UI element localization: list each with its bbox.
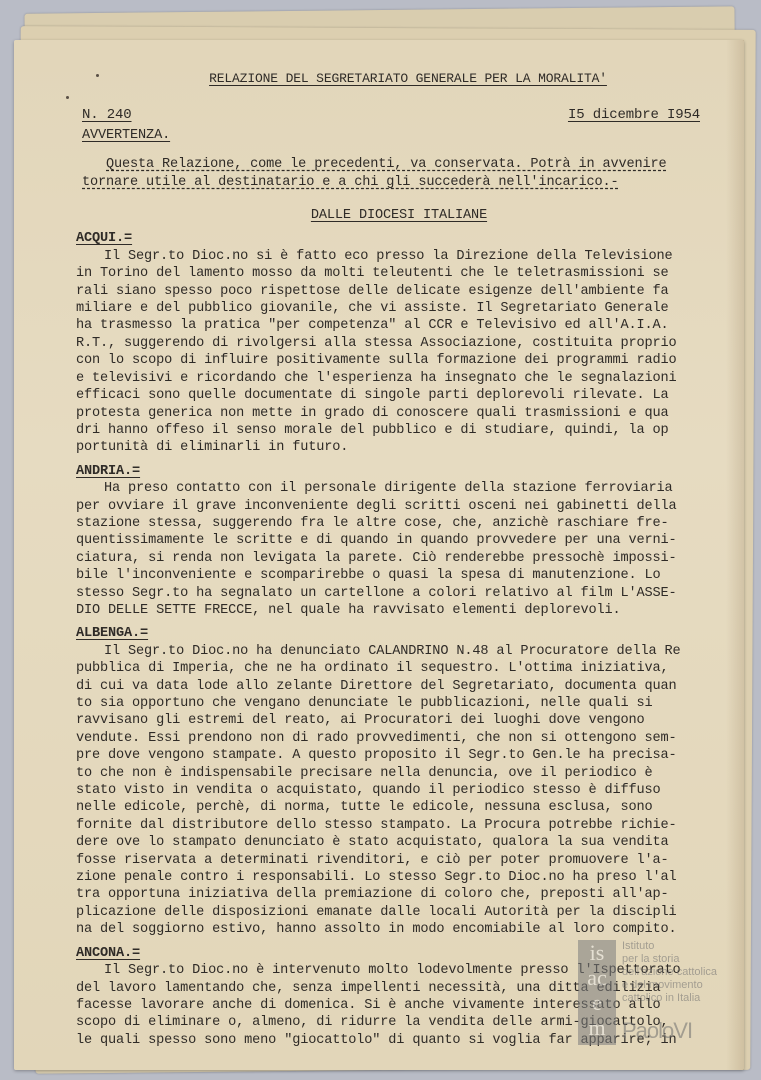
text-line: e televisivi e ricordando che l'esperien…	[76, 370, 714, 387]
text-line: nelle edicole, perchè, di norma, tutte l…	[76, 799, 714, 816]
diocese-list: ACQUI.=Il Segr.to Dioc.no si è fatto eco…	[64, 230, 714, 1049]
text-line: na del soggiorno estivo, hanno assolto i…	[76, 921, 714, 938]
text-line: vendute. Essi prendono non di rado provv…	[76, 730, 714, 747]
text-line: Il Segr.to Dioc.no ha denunciato CALANDR…	[76, 643, 714, 660]
logo-letters: is	[578, 940, 616, 965]
text-line: Il Segr.to Dioc.no si è fatto eco presso…	[76, 248, 714, 265]
text-line: pubblica di Imperia, che ne ha ordinato …	[76, 660, 714, 677]
diocese-name: ACQUI.=	[76, 230, 714, 247]
text-line: ravvisano gli estremi del reato, ai Proc…	[76, 712, 714, 729]
logo-letters: e	[578, 990, 616, 1015]
watermark-line: e del movimento	[622, 979, 717, 992]
text-line: pre dove vengono stampate. A questo prop…	[76, 747, 714, 764]
diocese-report: Ha preso contatto con il personale dirig…	[76, 480, 714, 619]
document-content: RELAZIONE DEL SEGRETARIATO GENERALE PER …	[64, 70, 714, 1049]
text-line: DIO DELLE SETTE FRECCE, nel quale ha rav…	[76, 602, 714, 619]
warning-line: tornare utile al destinatario e a chi gl…	[82, 174, 714, 191]
header-row: N. 240 I5 dicembre I954	[82, 95, 714, 124]
warning-line: Questa Relazione, come le precedenti, va…	[82, 156, 714, 173]
section-title: DALLE DIOCESI ITALIANE	[64, 207, 714, 224]
text-line: dri hanno offeso il senso morale del pub…	[76, 422, 714, 439]
document-title: RELAZIONE DEL SEGRETARIATO GENERALE PER …	[64, 70, 714, 87]
watermark-logo: is ac e m	[578, 940, 616, 1045]
text-line: miliare e del pubblico giovanile, che vi…	[76, 300, 714, 317]
diocese-section: ALBENGA.=Il Segr.to Dioc.no ha denunciat…	[76, 625, 714, 938]
diocese-name: ANDRIA.=	[76, 463, 714, 480]
text-line: to sia opportuno che vengano denunciate …	[76, 695, 714, 712]
text-line: fosse riservata a determinati rivenditor…	[76, 852, 714, 869]
text-line: zione penale contro i responsabili. Lo s…	[76, 869, 714, 886]
text-line: tra opportuna iniziativa della premiazio…	[76, 886, 714, 903]
text-line: rali siano spesso poco rispettose delle …	[76, 283, 714, 300]
diocese-report: Il Segr.to Dioc.no si è fatto eco presso…	[76, 248, 714, 457]
text-line: to che non è indispensabile precisare ne…	[76, 765, 714, 782]
diocese-name: ALBENGA.=	[76, 625, 714, 642]
report-date: I5 dicembre I954	[568, 107, 700, 124]
text-line: con lo scopo di influire positivamente s…	[76, 352, 714, 369]
watermark-line: dell'azione cattolica	[622, 966, 717, 979]
text-line: bile l'inconveniente e scomparirebbe o q…	[76, 567, 714, 584]
watermark-name: PaoloVI	[622, 1018, 692, 1044]
watermark-text: Istituto per la storia dell'azione catto…	[622, 940, 717, 1005]
diocese-section: ANDRIA.=Ha preso contatto con il persona…	[76, 463, 714, 620]
text-line: plicazione delle disposizioni emanate da…	[76, 904, 714, 921]
watermark-line: Istituto	[622, 940, 717, 953]
report-number: N. 240	[82, 107, 132, 124]
text-line: di cui va data lode allo zelante Diretto…	[76, 678, 714, 695]
text-line: stazione stessa, suggerendo fra le altre…	[76, 515, 714, 532]
text-line: quentissimamente le scritte e di quando …	[76, 532, 714, 549]
archive-watermark: is ac e m Istituto per la storia dell'az…	[578, 940, 738, 1045]
warning-heading: AVVERTENZA.	[82, 127, 714, 144]
text-line: ciatura, si renda non levigata la parete…	[76, 550, 714, 567]
text-line: dere ove lo stampato denunciato è stato …	[76, 834, 714, 851]
warning-text: Questa Relazione, come le precedenti, va…	[82, 156, 714, 191]
text-line: ha trasmesso la pratica "per competenza"…	[76, 317, 714, 334]
text-line: in Torino del lamento mosso da molti tel…	[76, 265, 714, 282]
logo-letters: m	[578, 1015, 616, 1040]
text-line: stato visto in vendita o acquistato, qua…	[76, 782, 714, 799]
text-line: Ha preso contatto con il personale dirig…	[76, 480, 714, 497]
text-line: stesso Segr.to ha segnalato un cartellon…	[76, 585, 714, 602]
text-line: per ovviare il grave inconveniente degli…	[76, 498, 714, 515]
text-line: R.T., suggerendo di rivolgersi alla stes…	[76, 335, 714, 352]
watermark-line: per la storia	[622, 953, 717, 966]
watermark-line: cattolico in Italia	[622, 992, 717, 1005]
text-line: efficaci sono quelle documentate di sing…	[76, 387, 714, 404]
text-line: protesta generica non mette in grado di …	[76, 405, 714, 422]
logo-letters: ac	[578, 965, 616, 990]
text-line: fornite dal distributore dello stesso st…	[76, 817, 714, 834]
text-line: portunità di eliminarli in futuro.	[76, 439, 714, 456]
diocese-report: Il Segr.to Dioc.no ha denunciato CALANDR…	[76, 643, 714, 939]
diocese-section: ACQUI.=Il Segr.to Dioc.no si è fatto eco…	[76, 230, 714, 456]
